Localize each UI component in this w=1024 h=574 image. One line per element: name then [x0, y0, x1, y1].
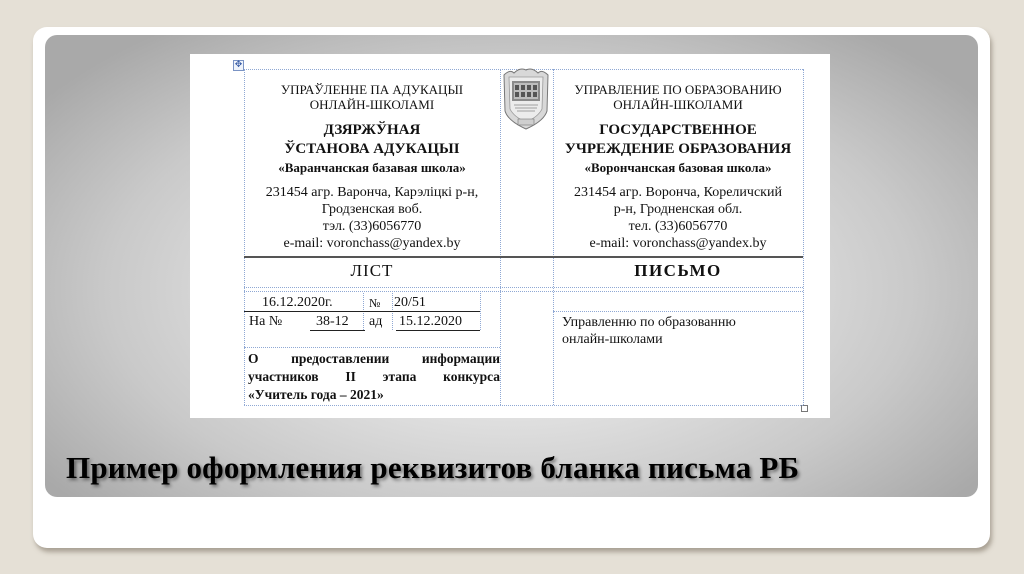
- left-dept-line1: УПРАЎЛЕННЕ ПА АДУКАЦЫІ: [244, 82, 500, 97]
- reply-label: На №: [249, 313, 282, 330]
- reg-date: 16.12.2020г.: [262, 294, 333, 311]
- table-row-divider-1: [244, 287, 803, 288]
- subject-line1: О предоставлении информации: [248, 350, 500, 368]
- reg-number: 20/51: [394, 294, 426, 311]
- right-org-name: «Ворончанская базовая школа»: [553, 160, 803, 176]
- reply-from-label: ад: [369, 313, 382, 330]
- addressee-line1: Управленню по образованню: [562, 314, 736, 331]
- reply-number-underline: [310, 330, 365, 331]
- right-address-line1: 231454 агр. Ворончa, Кореличский: [553, 184, 803, 201]
- school-emblem-icon: [500, 67, 552, 133]
- reply-date-underline: [396, 330, 480, 331]
- left-org-name: «Варанчанская базавая школа»: [244, 160, 500, 176]
- left-address-line2: Гродзенская воб.: [244, 201, 500, 218]
- reg-row-rule: [244, 311, 480, 312]
- right-org-line2: УЧРЕЖДЕНИЕ ОБРАЗОВАНИЯ: [553, 140, 803, 159]
- left-phone: тэл. (33)6056770: [244, 218, 500, 235]
- left-doc-type: ЛІСТ: [244, 260, 500, 282]
- slide-title: Пример оформления реквизитов бланка пись…: [66, 450, 799, 486]
- table-row-divider-4: [244, 347, 500, 348]
- reply-number: 38-12: [316, 313, 349, 330]
- left-email: e-mail: voronchass@yandex.by: [244, 235, 500, 252]
- right-email: e-mail: voronchass@yandex.by: [553, 235, 803, 252]
- reg-cell-divider-3: [480, 293, 481, 330]
- table-row-divider-2: [244, 291, 803, 292]
- reply-date: 15.12.2020: [399, 313, 462, 330]
- left-org-line2: ЎСТАНОВА АДУКАЦЫІ: [244, 140, 500, 159]
- right-dept-line2: ОНЛАЙН-ШКОЛАМИ: [553, 97, 803, 112]
- right-dept-line1: УПРАВЛЕНИЕ ПО ОБРАЗОВАНИЮ: [553, 82, 803, 97]
- table-move-handle-icon[interactable]: ✥: [233, 60, 244, 71]
- subject-line2: участников II этапа конкурса: [248, 368, 500, 386]
- table-row-divider-3: [553, 311, 803, 312]
- addressee-line2: онлайн-школами: [562, 331, 663, 348]
- subject-line3: «Учитель года – 2021»: [248, 386, 384, 404]
- left-dept-line2: ОНЛАЙН-ШКОЛАМІ: [244, 97, 500, 112]
- right-address-line2: р-н, Гродненская обл.: [553, 201, 803, 218]
- right-doc-type: ПИСЬМО: [553, 260, 803, 282]
- reg-number-label: №: [369, 295, 380, 311]
- right-phone: тел. (33)6056770: [553, 218, 803, 235]
- table-border-right: [803, 69, 804, 405]
- table-border-bottom: [244, 405, 803, 406]
- header-separator-rule: [244, 256, 803, 258]
- right-org-line1: ГОСУДАРСТВЕННОЕ: [553, 121, 803, 140]
- left-address-line1: 231454 агр. Варонча, Карэліцкі р-н,: [244, 184, 500, 201]
- left-org-line1: ДЗЯРЖЎНАЯ: [244, 121, 500, 140]
- table-resize-handle[interactable]: [801, 405, 808, 412]
